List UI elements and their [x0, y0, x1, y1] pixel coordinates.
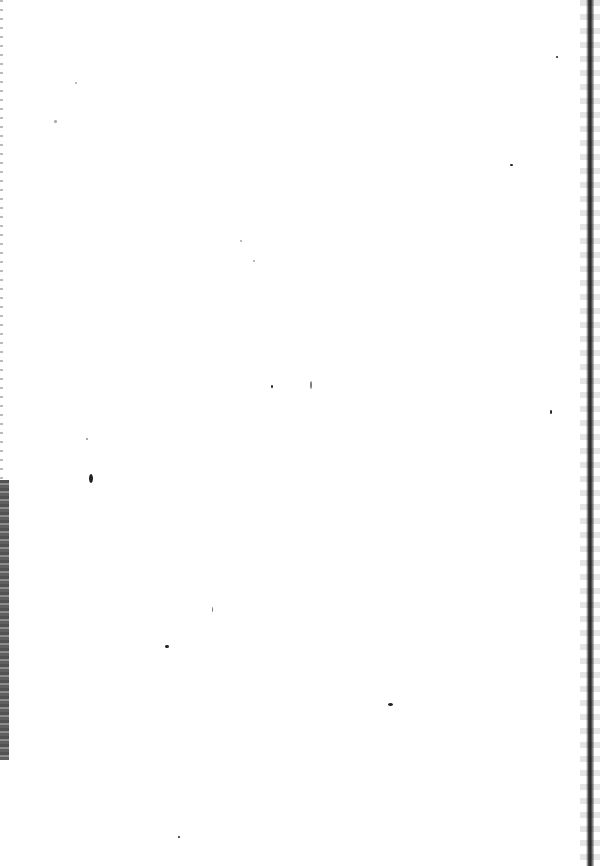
scan-speck: [556, 56, 558, 58]
scan-speck: [240, 240, 242, 242]
right-page-edge-shadow: [586, 0, 594, 866]
scan-speck: [388, 703, 393, 706]
blank-scanned-page: [0, 0, 600, 866]
left-page-edge-faint: [0, 0, 3, 480]
scan-speck: [86, 438, 88, 440]
scan-speck: [75, 82, 77, 84]
scan-speck: [550, 410, 552, 414]
scan-speck: [165, 645, 169, 648]
scan-speck: [212, 607, 213, 612]
scan-speck: [178, 836, 180, 838]
scan-speck: [89, 474, 93, 483]
left-page-edge-shadow: [0, 480, 9, 760]
scan-speck: [271, 385, 273, 388]
scan-speck: [253, 260, 255, 262]
scan-speck: [510, 164, 513, 166]
scan-speck: [310, 381, 312, 389]
scan-speck: [54, 120, 57, 123]
